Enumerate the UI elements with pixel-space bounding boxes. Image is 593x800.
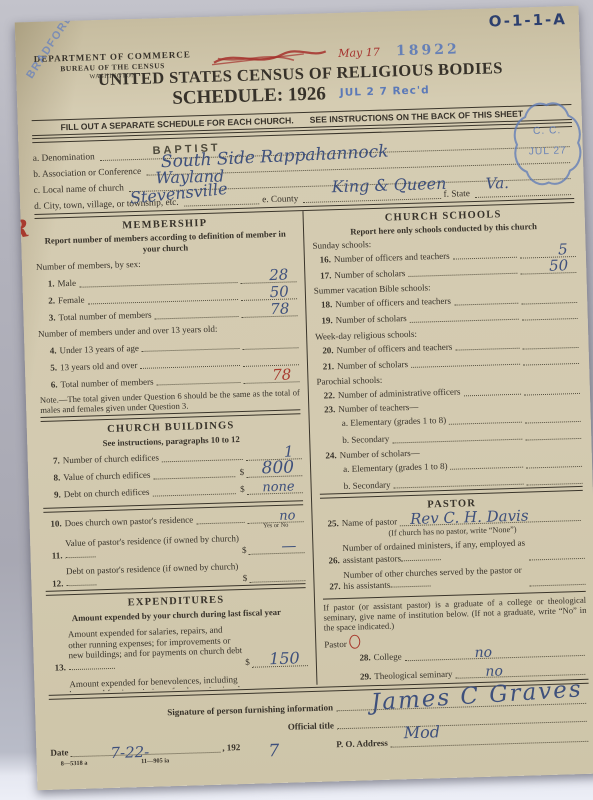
question-label: Debt on church edifices: [64, 487, 150, 500]
dotted-leader: [87, 290, 238, 304]
schedule-title-text: SCHEDULE: 1926: [172, 83, 326, 109]
question-label-text: Debt on pastor's residence (if owned by …: [66, 561, 239, 576]
handwritten-value: 150: [269, 650, 300, 667]
question-row-3: 3. Total number of members 78: [37, 305, 297, 324]
sub-question-label: b. Secondary: [342, 434, 389, 446]
question-label: 13 years old and over: [60, 360, 138, 373]
question-label: Female: [58, 294, 85, 305]
dotted-leader: [455, 339, 519, 351]
sub-question-label: a. Elementary (grades 1 to 8): [342, 415, 447, 429]
handwritten-value: none: [262, 480, 295, 494]
answer-line: [524, 383, 580, 396]
form-footer: Signature of person furnishing informati…: [49, 694, 590, 768]
dotted-leader: [153, 467, 235, 479]
question-label-text: Amount expended for salaries, repairs, a…: [68, 625, 243, 661]
question-number: 19.: [315, 315, 333, 326]
red-date-note: May 17: [338, 46, 380, 60]
question-label: Total number of members: [58, 310, 151, 323]
answer-line: [521, 308, 577, 321]
question-label: Name of pastor: [342, 516, 398, 528]
answer-line: [525, 428, 581, 441]
answer-line: [523, 353, 579, 366]
question-number: 25.: [321, 518, 339, 529]
question-label: Number of scholars: [336, 313, 407, 326]
denomination-label: a. Denomination: [33, 152, 97, 164]
serial-number-stamp: 18922: [396, 41, 460, 59]
form-header: DEPARTMENT OF COMMERCE BUREAU OF THE CEN…: [29, 12, 571, 120]
answer-line: [529, 547, 585, 560]
banner-right-text: SEE INSTRUCTIONS ON THE BACK OF THIS SHE…: [310, 108, 524, 124]
dotted-leader: [393, 475, 523, 489]
dotted-leader: [410, 310, 519, 323]
dotted-leader: [454, 294, 518, 306]
answer-line: 78: [241, 305, 297, 318]
official-title-value: Mod: [403, 724, 440, 741]
question-number: 11.: [44, 550, 62, 561]
year-value: 7: [268, 743, 279, 760]
sub-question-label: a. Elementary (grades 1 to 8): [343, 461, 448, 475]
question-label: Amount expended for salaries, repairs, a…: [68, 624, 244, 673]
question-label: Number of officers and teachers: [336, 342, 452, 356]
question-row-19: 19. Number of scholars: [315, 308, 578, 327]
question-label: Number of other churches served by the p…: [343, 564, 530, 592]
date-label: Date: [50, 747, 68, 758]
answer-line: [526, 473, 582, 486]
question-number: 28.: [349, 652, 371, 663]
answer-line: 800: [246, 465, 302, 478]
dotted-leader: [142, 339, 240, 352]
question-number: 10.: [43, 519, 61, 530]
left-column: MEMBERSHIP Report number of members acco…: [35, 211, 310, 693]
question-label: Under 13 years of age: [59, 343, 139, 356]
dotted-leader: [69, 660, 115, 670]
question-number: 7.: [42, 456, 60, 467]
cloud-stamp-cc: C. C.: [533, 125, 562, 137]
question-label-text: Value of pastor's residence (if owned by…: [65, 533, 239, 548]
handwritten-value: 5: [558, 242, 568, 257]
handwritten-value: no: [485, 664, 503, 679]
dotted-leader: [156, 373, 240, 385]
handwritten-value: —: [281, 539, 296, 554]
question-row-13: 13. Amount expended for salaries, repair…: [47, 622, 308, 673]
dotted-leader: [463, 385, 521, 397]
question-row-5: 5. 13 years old and over: [39, 354, 299, 373]
question-number: 8.: [42, 473, 60, 484]
dotted-leader: [401, 551, 441, 561]
question-row-26: 26. Number of ordained ministers, if any…: [321, 536, 585, 566]
graduate-note: If pastor (or assistant pastor) is a gra…: [323, 595, 587, 633]
question-label: Male: [57, 278, 76, 289]
question-number: 21.: [316, 361, 334, 372]
handwritten-value: 50: [549, 258, 569, 274]
dotted-leader: [154, 307, 238, 319]
right-column: CHURCH SCHOOLS Report here only schools …: [311, 203, 588, 693]
question-number: 2.: [37, 295, 55, 306]
question-label: Theological seminary: [374, 669, 453, 682]
question-number: 9.: [43, 490, 61, 501]
question-number: 17.: [313, 270, 331, 281]
dotted-leader: [66, 576, 96, 586]
red-margin-mark: R: [15, 213, 31, 245]
question-number: 3.: [37, 312, 55, 323]
answer-line: 150: [252, 655, 308, 668]
question-label: College: [374, 652, 402, 663]
dotted-leader: [390, 578, 430, 588]
question-number: 24.: [319, 450, 337, 461]
year-printed: , 192: [222, 742, 240, 753]
answer-line: [529, 574, 585, 587]
question-label: Number of administrative officers: [338, 387, 461, 401]
handwritten-value: 50: [270, 284, 290, 300]
question-row-2: 2. Female 50: [37, 288, 297, 307]
question-number: 5.: [39, 362, 57, 373]
handwritten-value: 28: [269, 267, 289, 283]
question-number: 18.: [314, 299, 332, 310]
dotted-leader: [196, 513, 245, 524]
dollar-sign: $: [240, 484, 245, 495]
dotted-leader: [449, 412, 522, 424]
form-columns: MEMBERSHIP Report number of members acco…: [35, 203, 589, 693]
question-label: Number of scholars: [337, 359, 408, 372]
question-label: Number of church edifices: [63, 453, 159, 466]
pastor-name-value: Rev C. H. Davis: [410, 508, 529, 527]
question-row-11: 11. Value of pastor's residence (if owne…: [44, 531, 305, 561]
question-label: Number of teachers—: [338, 402, 418, 415]
question-label: Number of scholars—: [340, 447, 420, 460]
answer-line: [249, 571, 305, 584]
handwritten-value: 800: [261, 459, 294, 477]
state-label: f. State: [443, 189, 472, 200]
question-row-6: 6. Total number of members 78: [39, 371, 299, 390]
question-number: 29.: [349, 671, 371, 682]
dotted-leader: [392, 429, 522, 443]
dollar-sign: $: [242, 545, 247, 556]
cloud-stamp-date: JUL 27: [529, 145, 567, 157]
photo-background: DEPARTMENT OF COMMERCE BUREAU OF THE CEN…: [0, 0, 593, 800]
question-label: Total number of members: [60, 376, 153, 389]
answer-line: [521, 292, 577, 305]
question-label-text: Number of other churches served by the p…: [343, 564, 522, 591]
question-number: 4.: [38, 345, 56, 356]
question-label: Number of officers and teachers: [334, 250, 450, 264]
question-number: 27.: [322, 581, 340, 592]
double-rule: [43, 500, 303, 513]
question-row-21: 21. Number of scholars: [316, 353, 579, 372]
answer-line: [242, 337, 298, 350]
date-value: 7-22-: [110, 745, 149, 761]
question-label: Value of church edifices: [63, 470, 150, 483]
question-number: 22.: [317, 391, 335, 402]
answer-line: [526, 456, 582, 469]
census-schedule-document: DEPARTMENT OF COMMERCE BUREAU OF THE CEN…: [15, 6, 593, 790]
question-label: Does church own pastor's residence: [64, 515, 193, 529]
dotted-leader: [450, 458, 523, 470]
handwritten-value: no: [474, 645, 492, 660]
answer-line: [525, 411, 581, 424]
sub-question-label: b. Secondary: [343, 479, 390, 491]
dotted-leader: [140, 356, 240, 369]
form-code-1: 8—5318 a: [61, 760, 88, 768]
question-row-9: 9. Debt on church edifices $ none: [43, 482, 303, 501]
answer-line: 50: [520, 262, 576, 275]
question-number: 13.: [48, 662, 66, 673]
dotted-leader: [152, 484, 235, 496]
answer-line: —: [248, 542, 304, 555]
county-label: e. County: [262, 194, 300, 205]
pastor-word: Pastor: [324, 639, 347, 650]
question-number: 12.: [45, 578, 63, 589]
dotted-leader: [65, 548, 95, 558]
question-row-27: 27. Number of other churches served by t…: [322, 562, 586, 592]
dotted-leader: [79, 273, 238, 288]
question-number: 1.: [36, 278, 54, 289]
group-sex-label: Number of members, by sex:: [36, 254, 296, 272]
official-title-label: Official title: [288, 720, 335, 731]
answer-line: none: [247, 482, 303, 495]
po-address-label: P. O. Address: [336, 738, 388, 750]
signature-label: Signature of person furnishing informati…: [167, 702, 333, 717]
dotted-leader: [411, 355, 520, 368]
corner-code: O-1-1-A: [488, 10, 567, 30]
red-circle-mark: [349, 635, 360, 649]
answer-line: 78: [243, 371, 299, 384]
cc-received-cloud-stamp: C. C. JUL 27: [503, 90, 592, 199]
question-label: Number of ordained ministers, if any, em…: [342, 538, 529, 566]
received-stamp: JUL 2 7 Rec'd: [340, 84, 430, 99]
dollar-sign: $: [245, 657, 250, 668]
dotted-leader: [408, 264, 517, 277]
question-number: 6.: [39, 379, 57, 390]
question-number: 23.: [317, 404, 335, 415]
question-label: Number of scholars: [334, 268, 405, 281]
question-row-10: 10. Does church own pastor's residence n…: [43, 511, 303, 530]
county-value: King & Queen: [332, 176, 447, 195]
question-row-4: 4. Under 13 years of age: [38, 337, 298, 356]
group-age-label: Number of members under and over 13 year…: [38, 321, 298, 339]
dotted-leader: [452, 248, 516, 260]
dollar-sign: $: [243, 573, 248, 584]
yes-or-no-caption: Yes or No: [248, 521, 304, 530]
question-number: 26.: [322, 555, 340, 566]
handwritten-value: 78: [270, 301, 290, 317]
question-number: 20.: [315, 345, 333, 356]
question-number: 16.: [313, 254, 331, 265]
question-label: Value of pastor's residence (if owned by…: [65, 533, 240, 560]
question-row-1: 1. Male 28: [36, 271, 296, 290]
question-label: Number of officers and teachers: [335, 296, 451, 310]
answer-line: no: [405, 646, 585, 661]
handwritten-value-red: 78: [272, 368, 292, 384]
question-label: Debt on pastor's residence (if owned by …: [66, 561, 241, 588]
answer-line: noYes or No: [247, 511, 303, 524]
answer-line: [522, 337, 578, 350]
dotted-leader: [162, 450, 243, 462]
dollar-sign: $: [240, 467, 245, 478]
question-row-17: 17. Number of scholars 50: [313, 262, 576, 281]
